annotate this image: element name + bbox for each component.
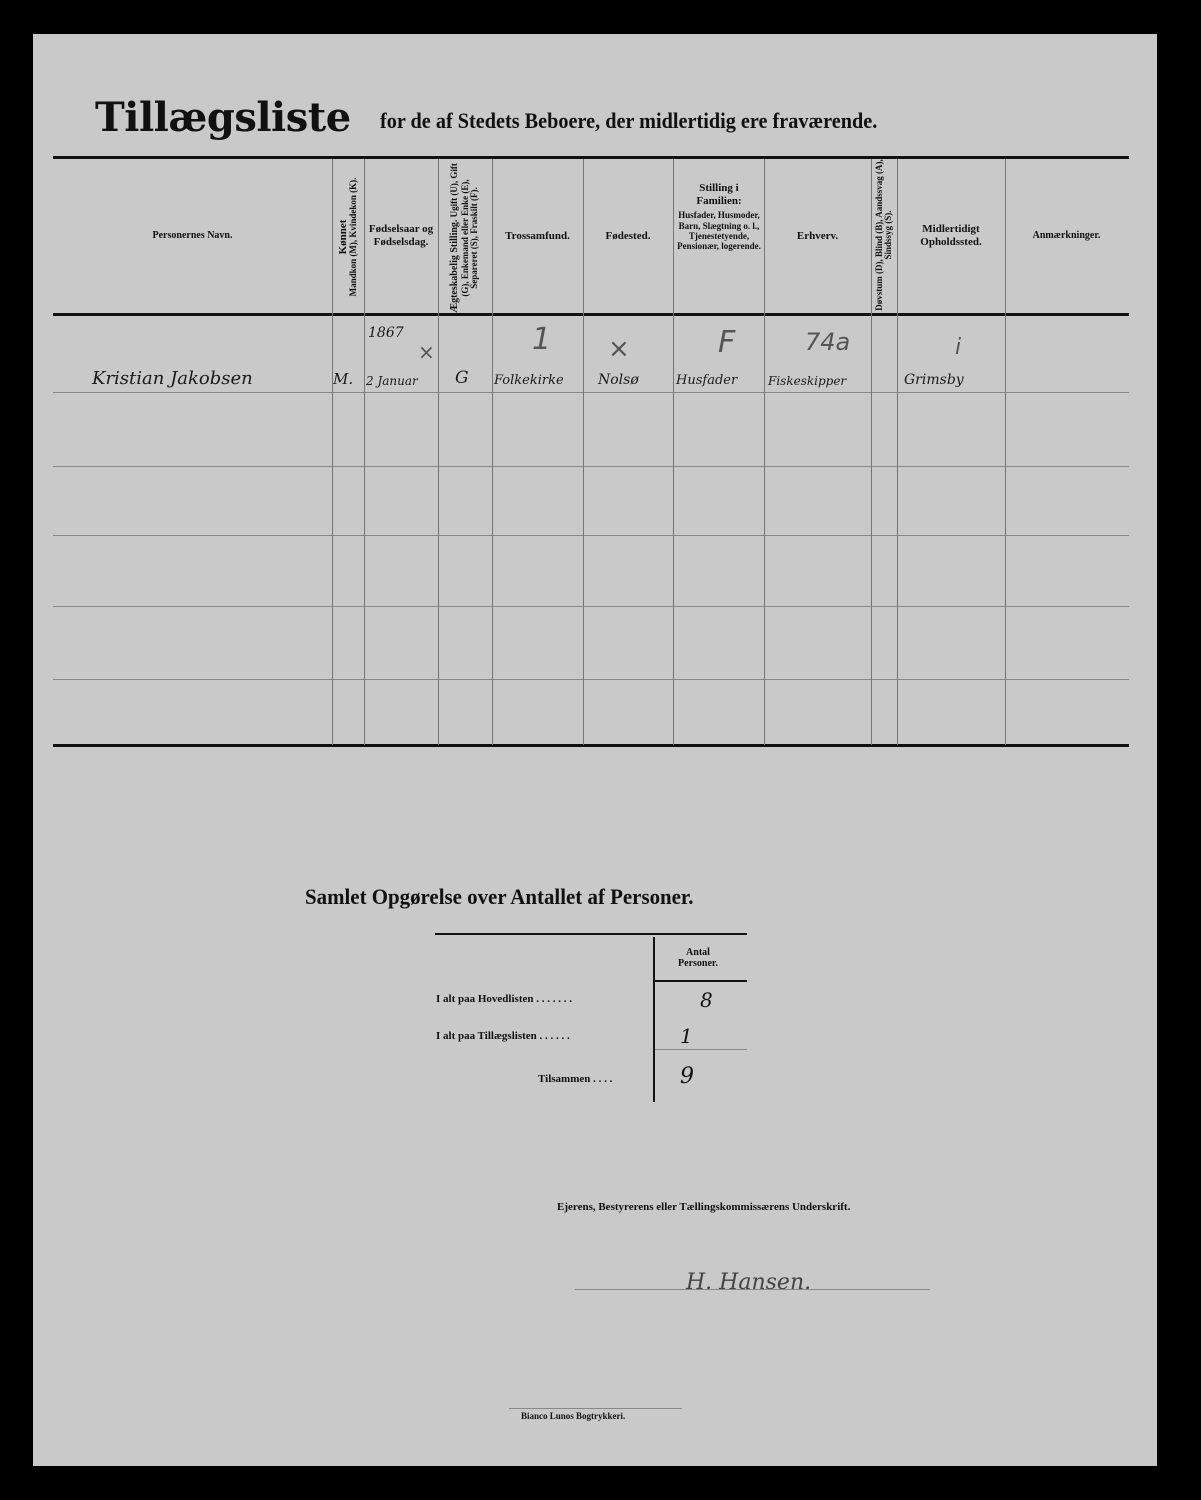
summary-top-rule <box>435 933 747 935</box>
column-header-religion: Trossamfund. <box>492 159 583 313</box>
entry-residence-mark: i <box>955 335 961 360</box>
form-subtitle-text: for de af Stedets Beboere, der midlertid… <box>380 108 767 133</box>
column-header-family-position-label: Stilling i Familien: <box>676 182 762 207</box>
summary-column-header: Antal Personer. <box>668 940 728 976</box>
summary-label-total: Tilsammen . . . . <box>538 1073 612 1085</box>
column-header-family-position: Stilling i Familien: Husfader, Husmoder,… <box>676 182 762 302</box>
form-subtitle-emphasis: fraværende. <box>773 108 878 133</box>
summary-label-main-list: I alt paa Hovedlisten . . . . . . . <box>436 993 572 1005</box>
column-header-marital-text: Ægteskabelig Stilling. Ugift (U), Gift (… <box>450 160 479 316</box>
entry-family-position: Husfader <box>676 373 737 388</box>
column-header-remarks: Anmærkninger. <box>1005 159 1128 313</box>
entry-occupation-mark: 74a <box>805 328 850 356</box>
entry-residence: Grimsby <box>904 372 964 388</box>
summary-header-rule <box>655 980 747 982</box>
summary-label-supplementary-list: I alt paa Tillægslisten . . . . . . <box>436 1030 570 1042</box>
printer-rule <box>509 1408 682 1409</box>
column-header-disability: Døvstum (D), Blind (B), Aandssvag (A), S… <box>871 157 897 313</box>
entry-birthplace: Nolsø <box>598 372 639 388</box>
summary-subtotal-rule <box>655 1049 747 1050</box>
column-header-sex-text: Kønnet Mandkon (M), Kvindekon (K). <box>338 178 359 297</box>
signature-label: Ejerens, Bestyrerens eller Tællingskommi… <box>557 1201 850 1213</box>
printer-imprint: Bianco Lunos Bogtrykkeri. <box>521 1411 625 1421</box>
column-divider <box>897 159 898 745</box>
summary-vertical-rule <box>653 937 655 1102</box>
entry-birth-year-mark: × <box>418 340 435 364</box>
column-header-marital: Ægteskabelig Stilling. Ugift (U), Gift (… <box>439 160 491 316</box>
entry-marital-status: G <box>455 368 469 388</box>
column-header-occupation: Erhverv. <box>764 159 871 313</box>
column-header-disability-text: Døvstum (D), Blind (B), Aandssvag (A), S… <box>875 157 894 313</box>
row-rule <box>53 679 1129 680</box>
column-header-sex: Kønnet Mandkon (M), Kvindekon (K). <box>333 159 363 315</box>
row-rule <box>53 392 1129 393</box>
column-header-temporary-residence: Midlertidigt Opholdssted. <box>905 159 997 313</box>
entry-birth-year: 1867 <box>368 325 404 341</box>
table-bottom-rule <box>53 744 1129 747</box>
header-bottom-rule <box>53 313 1129 316</box>
column-header-marital-label: Ægteskabelig Stilling. <box>449 220 460 313</box>
entry-birth-date: 2 Januar <box>366 374 418 388</box>
column-header-birthplace: Fødested. <box>583 159 673 313</box>
summary-title: Samlet Opgørelse over Antallet af Person… <box>305 884 694 910</box>
column-header-sex-sublabel: Mandkon (M), Kvindekon (K). <box>349 178 358 297</box>
entry-sex: M. <box>333 370 353 388</box>
summary-value-total: 9 <box>680 1064 694 1089</box>
summary-value-supplementary-list: 1 <box>680 1024 693 1048</box>
form-subtitle: for de af Stedets Beboere, der midlertid… <box>380 110 877 132</box>
column-header-birth: Fødselsaar og Fødselsdag. <box>368 159 434 313</box>
row-rule <box>53 535 1129 536</box>
entry-birthplace-mark: × <box>608 334 630 364</box>
column-header-family-position-sublabel: Husfader, Husmoder, Barn, Slægtning o. l… <box>676 210 762 251</box>
signature-value: H. Hansen. <box>686 1270 811 1295</box>
signature-line <box>575 1289 930 1290</box>
form-title: Tillægsliste <box>95 98 351 138</box>
row-rule <box>53 606 1129 607</box>
summary-value-main-list: 8 <box>700 988 713 1012</box>
column-header-name: Personernes Navn. <box>53 159 332 313</box>
entry-name: Kristian Jakobsen <box>92 368 253 389</box>
entry-religion: Folkekirke <box>494 373 564 388</box>
entry-religion-mark: 1 <box>532 322 551 357</box>
column-divider <box>364 159 365 745</box>
entry-occupation: Fiskeskipper <box>768 374 846 388</box>
entry-family-position-mark: F <box>718 325 735 360</box>
row-rule <box>53 466 1129 467</box>
column-divider <box>673 159 674 745</box>
